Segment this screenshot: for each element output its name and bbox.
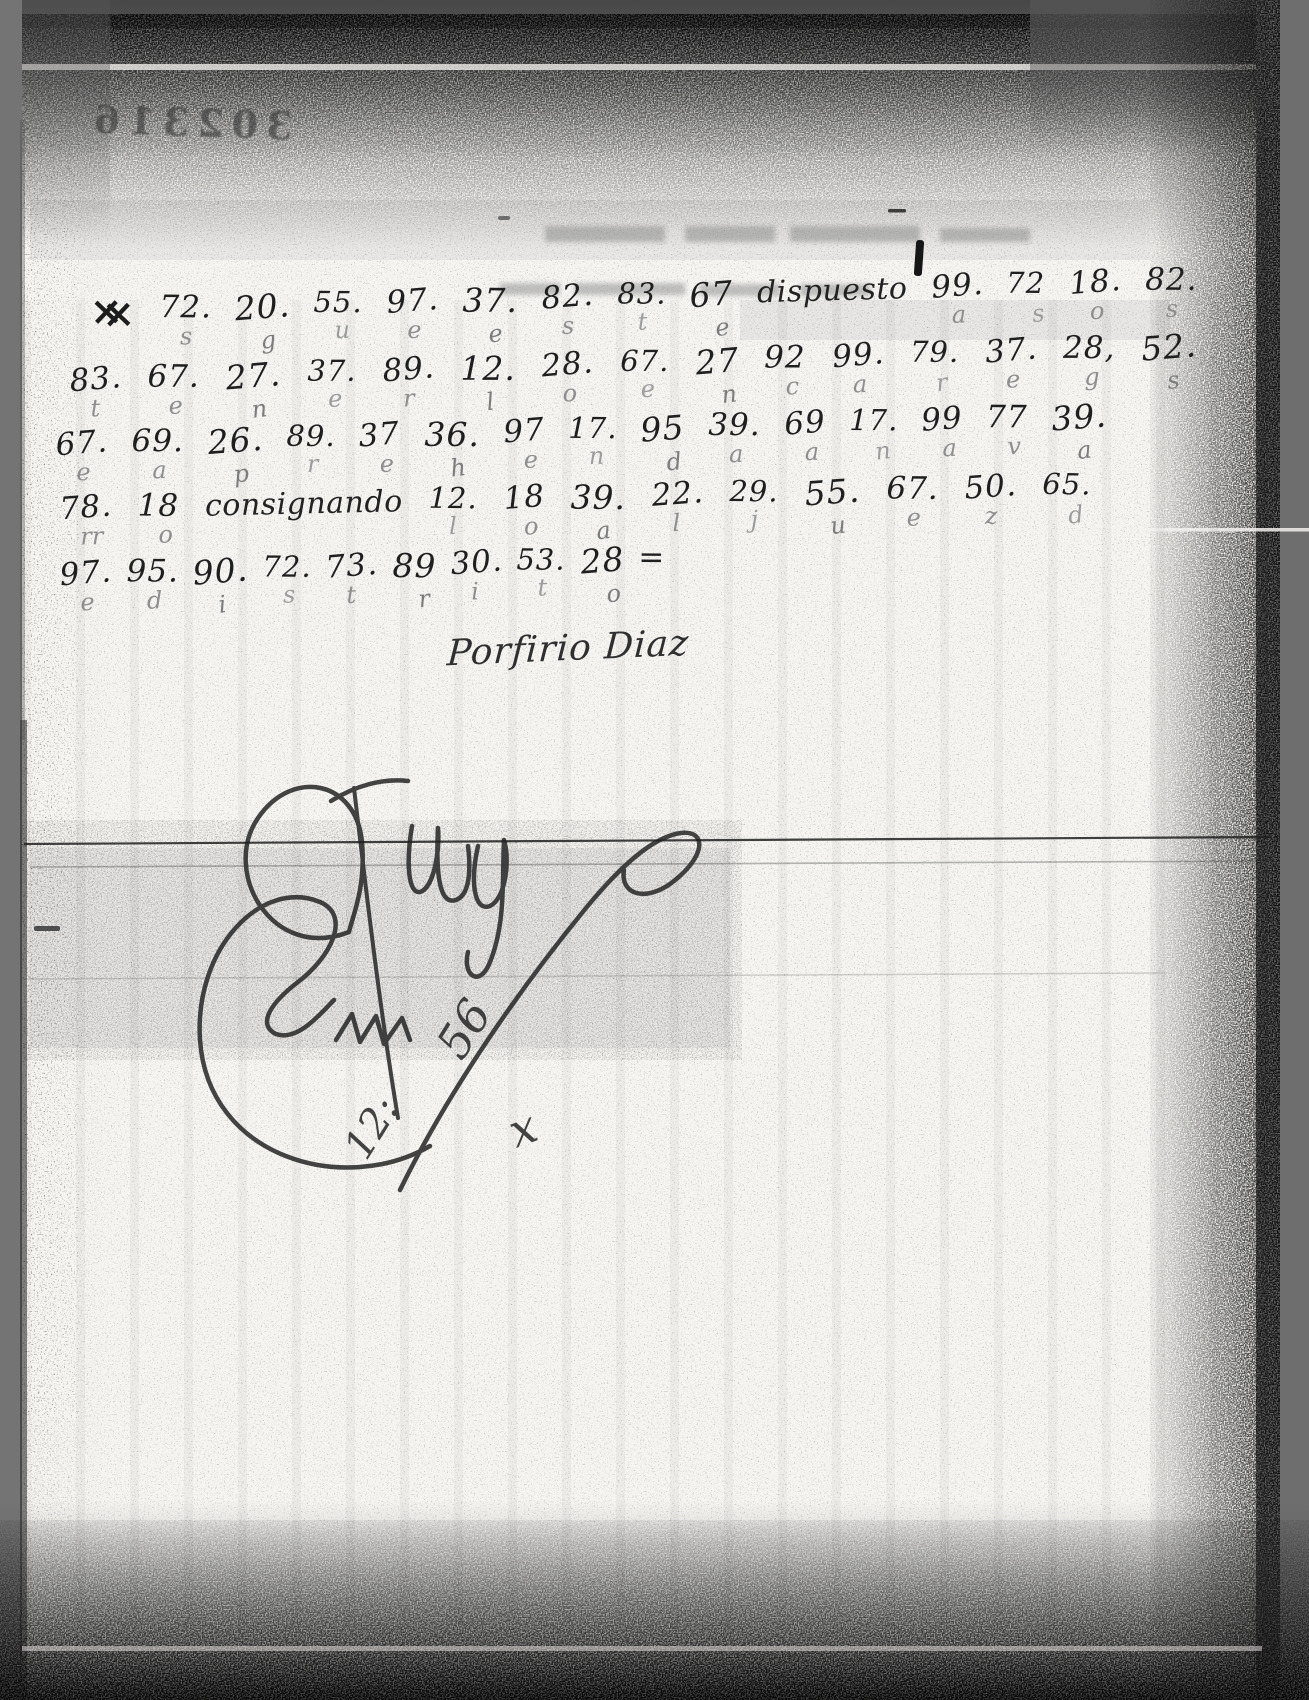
cipher-token: 77v <box>986 399 1029 461</box>
decoded-letter: g <box>1084 363 1100 391</box>
decoded-letter: rr <box>80 522 104 551</box>
decoded-letter: r <box>934 368 949 397</box>
cipher-number: 18 <box>138 488 180 525</box>
cipher-number: 28. <box>540 344 595 384</box>
cipher-token: 50.z <box>964 468 1018 530</box>
cipher-token: 72.s <box>262 549 313 609</box>
cipher-token: 53.t <box>516 542 567 602</box>
decoded-letter: u <box>334 316 350 344</box>
decoded-letter: e <box>407 316 422 344</box>
cipher-token: 89.r <box>286 418 337 478</box>
cipher-number: 97. <box>385 281 440 321</box>
cipher-number: 29. <box>730 474 780 509</box>
decoded-letter: a <box>729 440 744 468</box>
cipher-token: 78.rr <box>59 489 113 551</box>
decoded-letter: l <box>672 509 680 537</box>
cipher-token: 30.i <box>450 544 504 606</box>
decoded-letter: z <box>985 502 998 530</box>
cipher-start-mark: ×× <box>89 291 136 332</box>
cipher-token: 39.a <box>570 477 627 542</box>
decoded-letter: d <box>147 586 163 614</box>
cipher-token: 18.o <box>1069 263 1123 325</box>
decoded-letter: t <box>90 394 101 422</box>
cipher-number: 67. <box>886 470 939 507</box>
cipher-number: 55. <box>314 285 363 319</box>
cipher-number: 97. <box>58 553 113 593</box>
decoded-letter: s <box>1031 299 1046 328</box>
cipher-token: 67.e <box>55 425 109 487</box>
cipher-number: 89 <box>392 546 436 585</box>
decoded-letter: a <box>942 434 957 462</box>
decoded-letter: p <box>232 459 250 489</box>
cipher-token: 55.u <box>804 472 861 537</box>
cipher-token: 20.g <box>234 286 291 352</box>
decoded-letter: s <box>283 580 296 608</box>
decoded-letter: o <box>562 379 577 407</box>
cipher-token: = <box>638 539 666 573</box>
cipher-number: 30. <box>449 542 504 582</box>
cipher-number: 36. <box>424 415 480 454</box>
cipher-number: 72. <box>262 549 311 583</box>
cipher-number: 26. <box>206 419 264 462</box>
cipher-token: 69a <box>784 405 827 467</box>
cipher-token: 92c <box>764 339 807 401</box>
cipher-token: 95.d <box>126 553 180 615</box>
cipher-token: 82.s <box>1144 261 1198 323</box>
cipher-number: 79. <box>910 335 959 369</box>
cipher-token: 82.s <box>541 278 595 340</box>
cipher-number: 83. <box>68 359 123 399</box>
cipher-token: 12.l <box>428 481 478 541</box>
cipher-number: 27 <box>693 340 740 383</box>
cipher-number: 77 <box>987 399 1029 435</box>
cipher-token: 29.j <box>730 474 780 534</box>
cipher-number: 67. <box>620 344 669 378</box>
cipher-token: 52.s <box>1141 327 1198 393</box>
decoded-letter: o <box>605 579 623 608</box>
decoded-letter: s <box>562 311 575 339</box>
cipher-number: 39. <box>1050 395 1108 438</box>
cipher-number: 72 <box>1007 266 1046 300</box>
decoded-letter: e <box>906 503 921 531</box>
cipher-token: 69.a <box>131 422 185 484</box>
cipher-number: 67. <box>54 423 109 463</box>
cipher-token: 99a <box>921 401 964 463</box>
cipher-number: 39. <box>708 407 761 443</box>
cipher-number: 27. <box>224 354 283 398</box>
cipher-number: 82. <box>540 277 595 317</box>
cipher-number: 28 <box>579 539 626 581</box>
cipher-token: 97.e <box>386 282 440 344</box>
cipher-number: 18 <box>502 478 546 517</box>
cipher-number: 37. <box>307 354 356 388</box>
decoded-letter: a <box>1076 436 1093 465</box>
cipher-token: 65.d <box>1042 467 1092 527</box>
cipher-token: 36.h <box>423 414 480 480</box>
decoded-letter: n <box>588 442 604 470</box>
archive-stamp-number: 302316 <box>85 96 293 148</box>
decoded-letter: s <box>179 322 192 350</box>
cipher-number: 99. <box>831 335 886 375</box>
cipher-token: 28o <box>580 540 626 605</box>
cipher-token: 12.l <box>460 348 517 414</box>
cipher-token: 37.e <box>985 332 1039 395</box>
decoded-letter: o <box>158 520 173 548</box>
decoded-letter: e <box>80 588 95 616</box>
cipher-number: 69 <box>783 403 827 442</box>
cipher-number: 89. <box>381 349 436 389</box>
cipher-token: 28,g <box>1063 329 1117 392</box>
cipher-number: 67. <box>148 359 200 395</box>
decoded-letter: r <box>307 450 319 478</box>
cipher-token: 17.n <box>567 410 618 470</box>
cipher-number: 67 <box>688 273 735 315</box>
cipher-plain-word: dispuesto <box>757 271 908 310</box>
decoded-letter: e <box>328 384 343 412</box>
decoded-letter: t <box>637 307 647 335</box>
cipher-number: 53. <box>517 542 566 576</box>
cipher-token: 72s <box>1006 265 1047 325</box>
cipher-number: 37. <box>462 281 518 320</box>
cipher-number: 99 <box>920 400 964 439</box>
cipher-token: 39.a <box>708 406 762 468</box>
cipher-plain-word: consignando <box>205 484 403 523</box>
cipher-token: 22.l <box>651 475 705 537</box>
decoded-letter: l <box>449 512 457 540</box>
decoded-letter: e <box>168 391 183 419</box>
cipher-token: 95d <box>640 408 686 473</box>
cipher-token: 28.o <box>541 346 595 409</box>
cipher-number: 37. <box>984 330 1039 370</box>
cipher-number: 20. <box>233 285 291 328</box>
decoded-letter: o <box>524 512 539 540</box>
scanned-telegram-page: 56 12: x 302316 ××72.s20.g55.u97.e37.e82… <box>0 0 1309 1700</box>
cipher-token: 83.t <box>616 276 667 336</box>
decoded-letter: e <box>523 446 538 474</box>
cipher-token: 73.t <box>325 547 379 609</box>
cipher-number: 89. <box>286 419 335 453</box>
cipher-token: 99.a <box>930 267 984 329</box>
decoded-letter: e <box>76 458 91 486</box>
decoded-letter: t <box>537 573 547 601</box>
cipher-number: 17. <box>568 411 617 445</box>
cipher-token: 17.n <box>849 402 900 462</box>
decoded-letter: n <box>719 379 738 409</box>
cipher-number: 90. <box>191 549 249 592</box>
cipher-number: = <box>638 539 665 575</box>
cipher-number: 28, <box>1063 330 1115 366</box>
cipher-number: 17. <box>849 403 898 437</box>
decoded-letter: e <box>640 375 655 403</box>
decoded-letter: r <box>403 384 415 412</box>
cipher-number: 99. <box>930 266 985 306</box>
cipher-number: 37 <box>358 415 402 454</box>
cipher-number: 55. <box>803 470 861 513</box>
cipher-number: 18. <box>1068 262 1123 302</box>
decoded-letter: d <box>1066 500 1084 530</box>
cipher-token: 27.n <box>225 355 282 421</box>
decoded-letter: c <box>785 372 799 400</box>
cipher-token: 97e <box>502 412 545 474</box>
cipher-number: 52. <box>1140 325 1199 369</box>
decoded-letter: u <box>829 511 847 541</box>
cipher-token: 39.a <box>1051 397 1108 463</box>
decoded-letter: e <box>1006 365 1021 393</box>
cipher-number: 78. <box>58 487 113 527</box>
decoded-letter: t <box>346 581 356 609</box>
cipher-token: 67.e <box>886 470 940 532</box>
cipher-token: 37e <box>358 416 401 478</box>
cipher-number: 82. <box>1145 262 1198 298</box>
cipher-token: 90.i <box>192 551 249 617</box>
cipher-number: 39. <box>570 477 626 517</box>
decoded-letter: e <box>487 319 504 348</box>
decoded-letter: d <box>665 447 683 477</box>
cipher-token: 72.s <box>159 289 213 351</box>
cipher-token: 27n <box>694 341 740 406</box>
decoded-letter: a <box>804 438 819 466</box>
cipher-number: 22. <box>651 474 706 514</box>
decoded-letter: e <box>379 450 394 478</box>
cipher-number: 65. <box>1042 467 1092 502</box>
decoded-letter: e <box>714 313 731 342</box>
decoded-letter: a <box>852 370 867 398</box>
decoded-letter: o <box>1090 297 1105 325</box>
cipher-number: 73. <box>324 546 379 586</box>
decoded-letter: a <box>152 456 167 484</box>
cipher-number: 83. <box>617 276 666 310</box>
cipher-number: 69. <box>131 423 184 459</box>
cipher-number: 50. <box>963 467 1018 507</box>
cipher-token: 26.p <box>207 420 264 486</box>
cipher-token: 37.e <box>307 353 358 414</box>
decoded-letter: s <box>1165 295 1178 323</box>
cipher-token: 55.u <box>313 284 364 344</box>
cipher-number: 12. <box>428 481 478 516</box>
cipher-token: 83.t <box>69 360 123 423</box>
cipher-number: 92 <box>765 339 807 375</box>
decoded-letter: s <box>1166 366 1182 395</box>
cipher-token: 67e <box>689 274 735 339</box>
cipher-token: 18o <box>137 487 180 549</box>
cipher-token: 99.a <box>831 336 885 399</box>
cipher-number: 95 <box>639 407 686 449</box>
decoded-letter: r <box>417 584 432 613</box>
decoded-letter: h <box>448 453 467 483</box>
cipher-token: 67.e <box>147 358 201 421</box>
cipher-token: 89r <box>392 545 438 610</box>
decoded-letter: l <box>485 387 496 416</box>
decoded-letter: i <box>471 577 479 605</box>
decoded-letter: g <box>259 325 277 355</box>
decoded-letter: n <box>873 436 892 466</box>
cipher-token: 67.e <box>619 343 670 404</box>
cipher-number: 12. <box>460 349 516 388</box>
cipher-token: 97.e <box>59 555 113 617</box>
decoded-letter: i <box>217 590 228 619</box>
cipher-number: 95. <box>126 553 179 589</box>
cipher-token: 79.r <box>910 334 961 395</box>
cipher-token: 18o <box>503 479 546 541</box>
decoded-letter: a <box>951 301 966 329</box>
decoded-letter: j <box>750 505 758 533</box>
cipher-token: 89.r <box>382 351 436 414</box>
cipher-number: 72. <box>159 289 212 325</box>
cipher-number: 97 <box>502 411 546 450</box>
decoded-letter: v <box>1007 432 1021 460</box>
cipher-token: 37.e <box>462 280 519 346</box>
